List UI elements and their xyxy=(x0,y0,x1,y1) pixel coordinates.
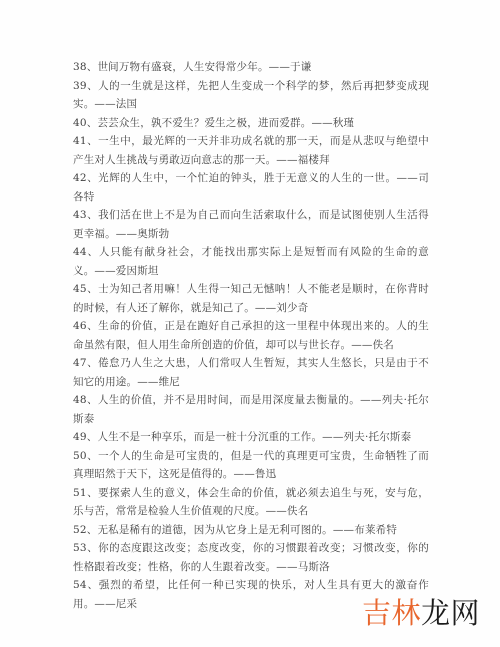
quote-line: 39、人的一生就是这样，先把人生变成一个科学的梦，然后再把梦变成现实。——法国 xyxy=(73,77,429,114)
quote-line: 46、生命的价值，正是在跑好自己承担的这一里程中体现出来的。人的生命虽然有限，但… xyxy=(73,317,429,354)
quote-line: 43、我们活在世上不是为自己而向生活索取什么，而是试图使别人生活得更幸福。——奥… xyxy=(73,206,429,243)
quote-line: 48、人生的价值，并不是用时间，而是用深度量去衡量的。——列夫·托尔斯泰 xyxy=(73,391,429,428)
quote-line: 40、芸芸众生，孰不爱生？爱生之极，进而爱群。——秋瑾 xyxy=(73,114,429,133)
quote-line: 42、光辉的人生中，一个忙迫的钟头，胜于无意义的人生的一世。——司各特 xyxy=(73,169,429,206)
quote-line: 51、要探索人生的意义，体会生命的价值，就必须去追生与死，安与危，乐与苦，常常是… xyxy=(73,484,429,521)
quote-line: 45、士为知己者用嘛！人生得一知己无憾呐！人不能老是顺时，在你背时的时候，有人还… xyxy=(73,280,429,317)
document-page: { "page": { "background_color": "#fefefe… xyxy=(0,0,500,647)
quote-line: 53、你的态度跟这改变；态度改变，你的习惯跟着改变；习惯改变，你的性格跟着改变；… xyxy=(73,539,429,576)
quote-line: 47、倦怠乃人生之大患，人们常叹人生暂短，其实人生悠长，只是由于不知它的用途。—… xyxy=(73,354,429,391)
quote-line: 38、世间万物有盛衰，人生安得常少年。——于谦 xyxy=(73,58,429,77)
quote-line: 52、无私是稀有的道德，因为从它身上是无利可图的。——布莱希特 xyxy=(73,521,429,540)
quote-line: 49、人生不是一种享乐，而是一桩十分沉重的工作。——列夫·托尔斯泰 xyxy=(73,428,429,447)
site-watermark: 吉林龙网 xyxy=(362,596,480,630)
quote-line: 44、人只能有献身社会，才能找出那实际上是短暂而有风险的生命的意义。——爱因斯坦 xyxy=(73,243,429,280)
quote-line: 50、一个人的生命是可宝贵的，但是一代的真理更可宝贵，生命牺牲了而真理昭然于天下… xyxy=(73,447,429,484)
quote-line: 41、一生中，最光辉的一天并非功成名就的那一天，而是从悲叹与绝望中产生对人生挑战… xyxy=(73,132,429,169)
watermark-brand-part1: 吉林 xyxy=(362,596,421,630)
quote-list: 38、世间万物有盛衰，人生安得常少年。——于谦39、人的一生就是这样，先把人生变… xyxy=(73,58,429,613)
watermark-brand-part2: 龙网 xyxy=(421,596,480,630)
